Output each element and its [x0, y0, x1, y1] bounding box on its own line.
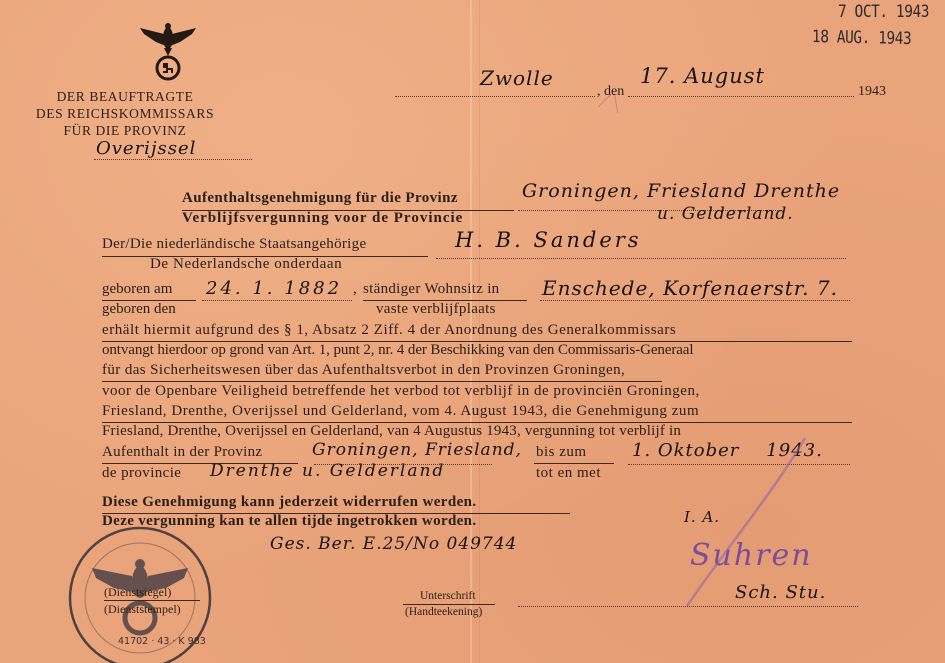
- body-line-5: Friesland, Drenthe, Overijssel und Gelde…: [102, 403, 699, 420]
- place-dotted-line: [395, 96, 595, 97]
- signature-label-german: Unterschrift: [420, 590, 476, 602]
- signature-title-handwritten: Sch. Stu.: [735, 582, 826, 603]
- eagle-emblem-icon: [138, 22, 198, 84]
- seal-underline: [104, 600, 200, 601]
- residence-handwritten: Enschede, Korfenaerstr. 7.: [542, 276, 838, 300]
- body-line-6: Friesland, Drenthe, Overijssel en Gelder…: [102, 423, 681, 440]
- comma-separator: ,: [353, 281, 357, 298]
- seal-label-german: (Dienstsiegel): [104, 585, 171, 600]
- year-text: 1943: [858, 84, 886, 100]
- body-line-3: für das Sicherheitswesen über das Aufent…: [102, 362, 625, 379]
- revocation-german: Diese Genehmigung kann jederzeit widerru…: [102, 494, 477, 511]
- holder-label-german: Der/Die niederländische Staatsangehörige: [102, 236, 366, 253]
- authority-line-1: DER BEAUFTRAGTE: [0, 89, 250, 105]
- date-handwritten: 17. August: [640, 64, 765, 88]
- stay-label-german: Aufenthalt in der Provinz: [102, 444, 262, 461]
- signature-label-dutch: (Handteekening): [405, 606, 482, 618]
- authority-line-3: FÜR DIE PROVINZ: [0, 123, 250, 139]
- title-provinces-handwritten-1: Groningen, Friesland Drenthe: [522, 180, 840, 202]
- reference-handwritten: Ges. Ber. E.25/No 049744: [270, 534, 517, 554]
- stay-provinces-handwritten-2: Drenthe u. Gelderland: [210, 461, 445, 481]
- born-label-german: geboren am: [102, 281, 172, 298]
- received-stamp-2: 18 AUG. 1943: [812, 27, 912, 49]
- body-line-2: ontvangt hierdoor op grond van Art. 1, p…: [102, 342, 693, 359]
- stay-label-dutch: de provincie: [102, 465, 181, 482]
- seal-label-dutch: (Dienststempel): [104, 602, 181, 617]
- stay-provinces-handwritten-1: Groningen, Friesland,: [312, 440, 522, 460]
- body-underline-2: [102, 381, 662, 382]
- holder-name-handwritten: H. B. Sanders: [455, 228, 642, 252]
- body-line-1: erhält hiermit aufgrund des § 1, Absatz …: [102, 322, 676, 339]
- until-label-german: bis zum: [536, 444, 587, 461]
- until-label-dutch: tot en met: [536, 465, 601, 482]
- authority-line-2: DES REICHSKOMMISSARS: [0, 106, 250, 122]
- until-underline: [534, 463, 614, 464]
- residence-label-german: ständiger Wohnsitz in: [363, 281, 499, 298]
- born-label-dutch: geboren den: [102, 301, 176, 318]
- holder-label-dutch: De Nederlandsche onderdaan: [150, 256, 342, 273]
- province-handwritten: Overijssel: [96, 138, 196, 159]
- birth-date-handwritten: 24. 1. 1882: [206, 278, 342, 299]
- date-dotted-line: [628, 96, 854, 97]
- title-dutch: Verblijfsvergunning voor de Provincie: [182, 210, 463, 227]
- print-code: 41702 · 43 · K 983: [118, 636, 206, 647]
- received-stamp-1: 7 OCT. 1943: [838, 2, 929, 22]
- holder-dotted-line: [436, 258, 846, 259]
- title-provinces-handwritten-2: u. Gelderland.: [657, 204, 794, 224]
- signature-label-underline: [403, 604, 495, 605]
- birth-date-dotted-line: [202, 300, 352, 301]
- residence-label-dutch: vaste verblijfplaats: [376, 301, 496, 318]
- body-line-4: voor de Openbare Veiligheid betreffende …: [102, 383, 700, 400]
- place-handwritten: Zwolle: [480, 66, 554, 90]
- residence-dotted-line: [540, 300, 850, 301]
- title-german: Aufenthaltsgenehmigung für die Provinz: [182, 190, 458, 207]
- province-dotted-line: [94, 159, 252, 160]
